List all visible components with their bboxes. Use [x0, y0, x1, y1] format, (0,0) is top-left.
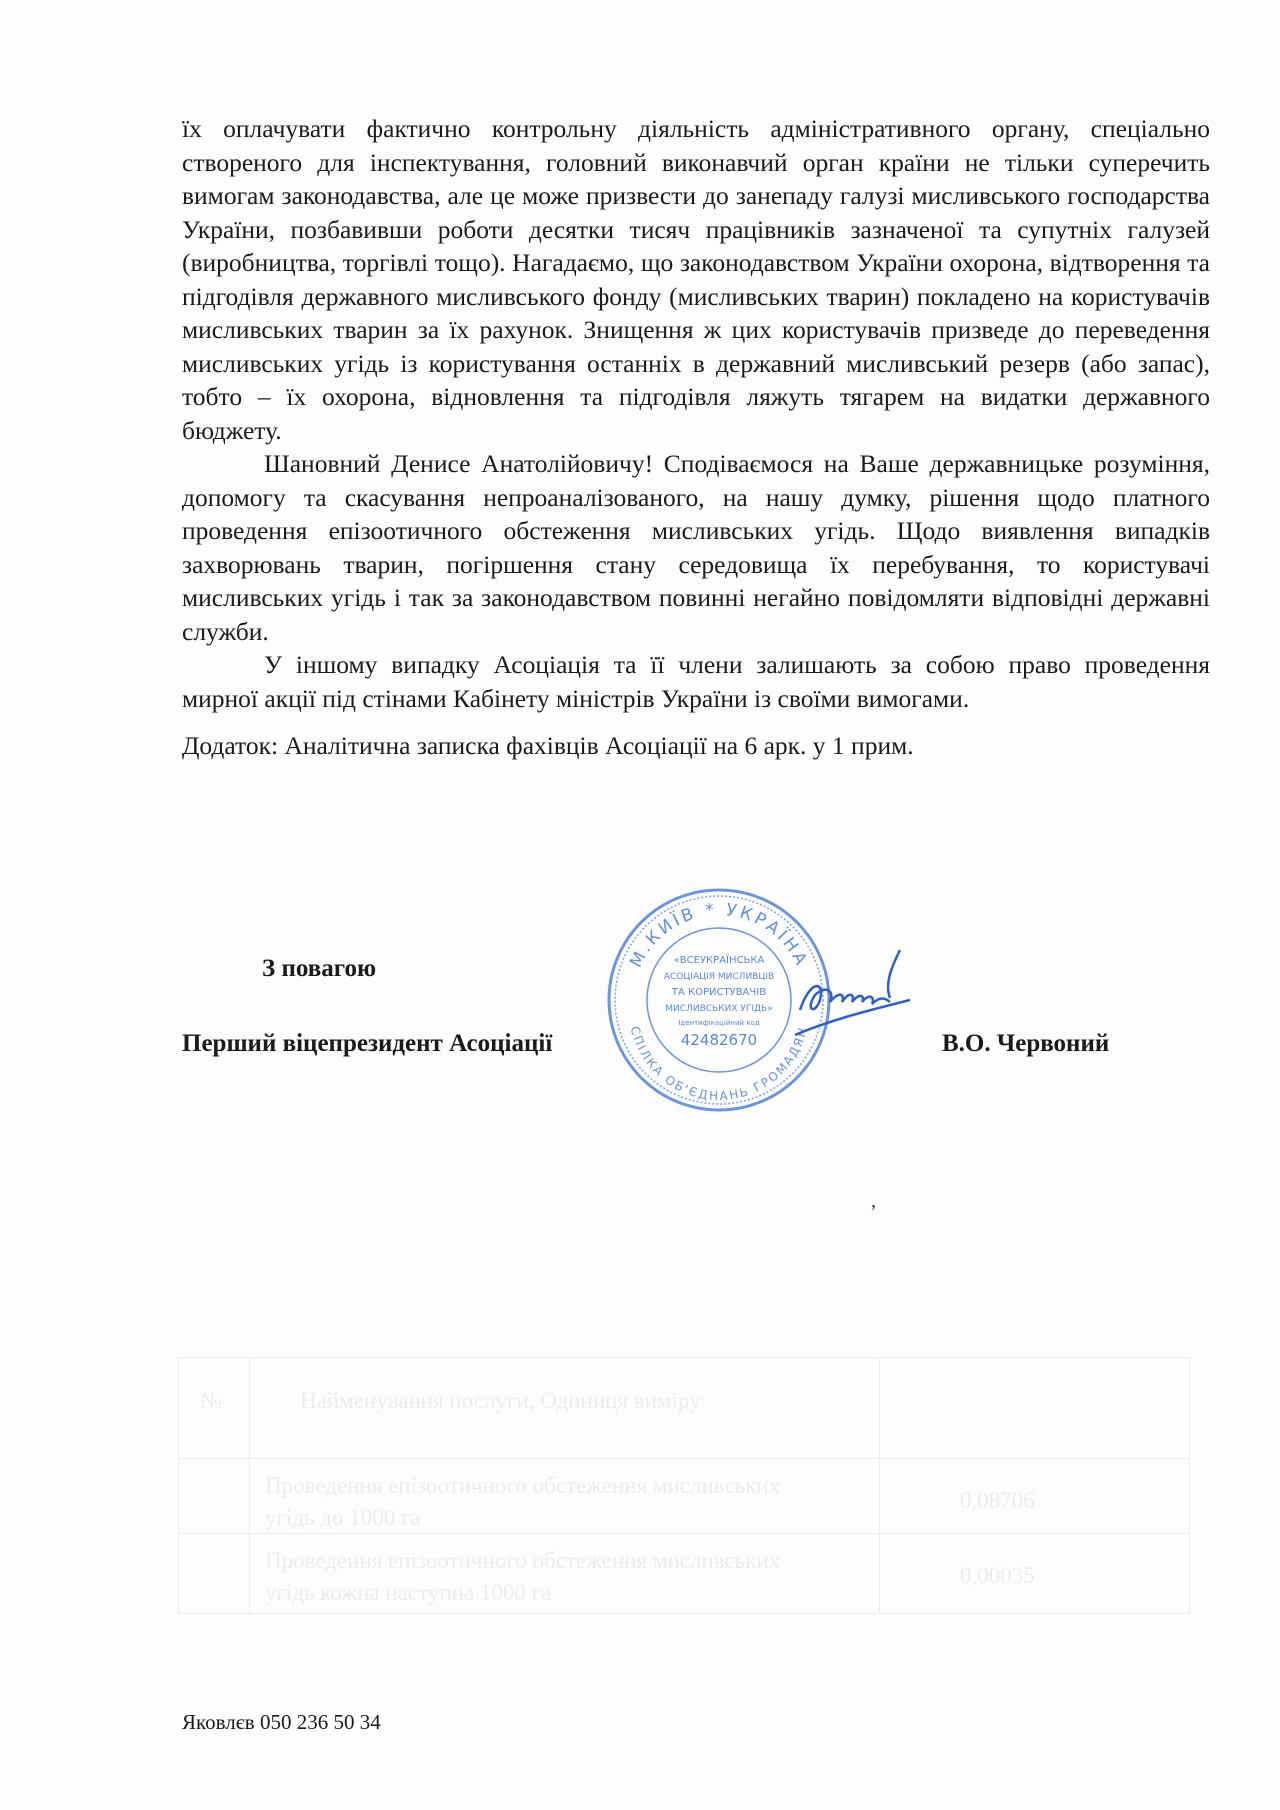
stray-mark: ,: [871, 1190, 876, 1213]
table-divider: [179, 1458, 1189, 1459]
signatory-title: Перший віцепрезидент Асоціації: [182, 1030, 552, 1058]
bleed-through-cell: 0,00035: [960, 1560, 1035, 1592]
svg-text:42482670: 42482670: [681, 1031, 757, 1049]
paragraph-continuation: їх оплачувати фактично контрольну діяльн…: [182, 112, 1210, 447]
bleed-through-cell: Проведення епізоотичного обстеження мисл…: [265, 1545, 825, 1609]
document-page: № Найменування послуги, Одиниця виміру П…: [0, 0, 1280, 1810]
svg-text:«ВСЕУКРАЇНСЬКА: «ВСЕУКРАЇНСЬКА: [674, 953, 765, 966]
svg-text:МИСЛИВСЬКИХ УГІДЬ»: МИСЛИВСЬКИХ УГІДЬ»: [665, 1004, 772, 1014]
paragraph-appeal: Шановний Денисе Анатолійовичу! Сподіваєм…: [182, 447, 1210, 648]
letter-body: їх оплачувати фактично контрольну діяльн…: [182, 112, 1210, 763]
table-divider: [249, 1358, 250, 1613]
bleed-through-cell: Проведення епізоотичного обстеження мисл…: [265, 1470, 825, 1534]
attachment-note: Додаток: Аналітична записка фахівців Асо…: [182, 729, 1210, 763]
table-divider: [879, 1358, 880, 1613]
handwritten-signature: [790, 940, 930, 1050]
bleed-through-cell: 0,08706: [960, 1485, 1035, 1517]
bleed-through-cell: №: [200, 1385, 222, 1417]
svg-text:АСОЦІАЦІЯ МИСЛИВЦІВ: АСОЦІАЦІЯ МИСЛИВЦІВ: [664, 972, 774, 982]
paragraph-warning: У іншому випадку Асоціація та її члени з…: [182, 648, 1210, 715]
svg-text:ТА КОРИСТУВАЧІВ: ТА КОРИСТУВАЧІВ: [671, 987, 766, 998]
footer-contact: Яковлєв 050 236 50 34: [182, 1710, 381, 1735]
signatory-name: В.О. Червоний: [942, 1030, 1109, 1058]
closing-salutation: З повагою: [262, 955, 376, 983]
bleed-through-cell: Найменування послуги, Одиниця виміру: [300, 1385, 701, 1417]
svg-text:Ідентифікаційний код: Ідентифікаційний код: [678, 1019, 760, 1027]
